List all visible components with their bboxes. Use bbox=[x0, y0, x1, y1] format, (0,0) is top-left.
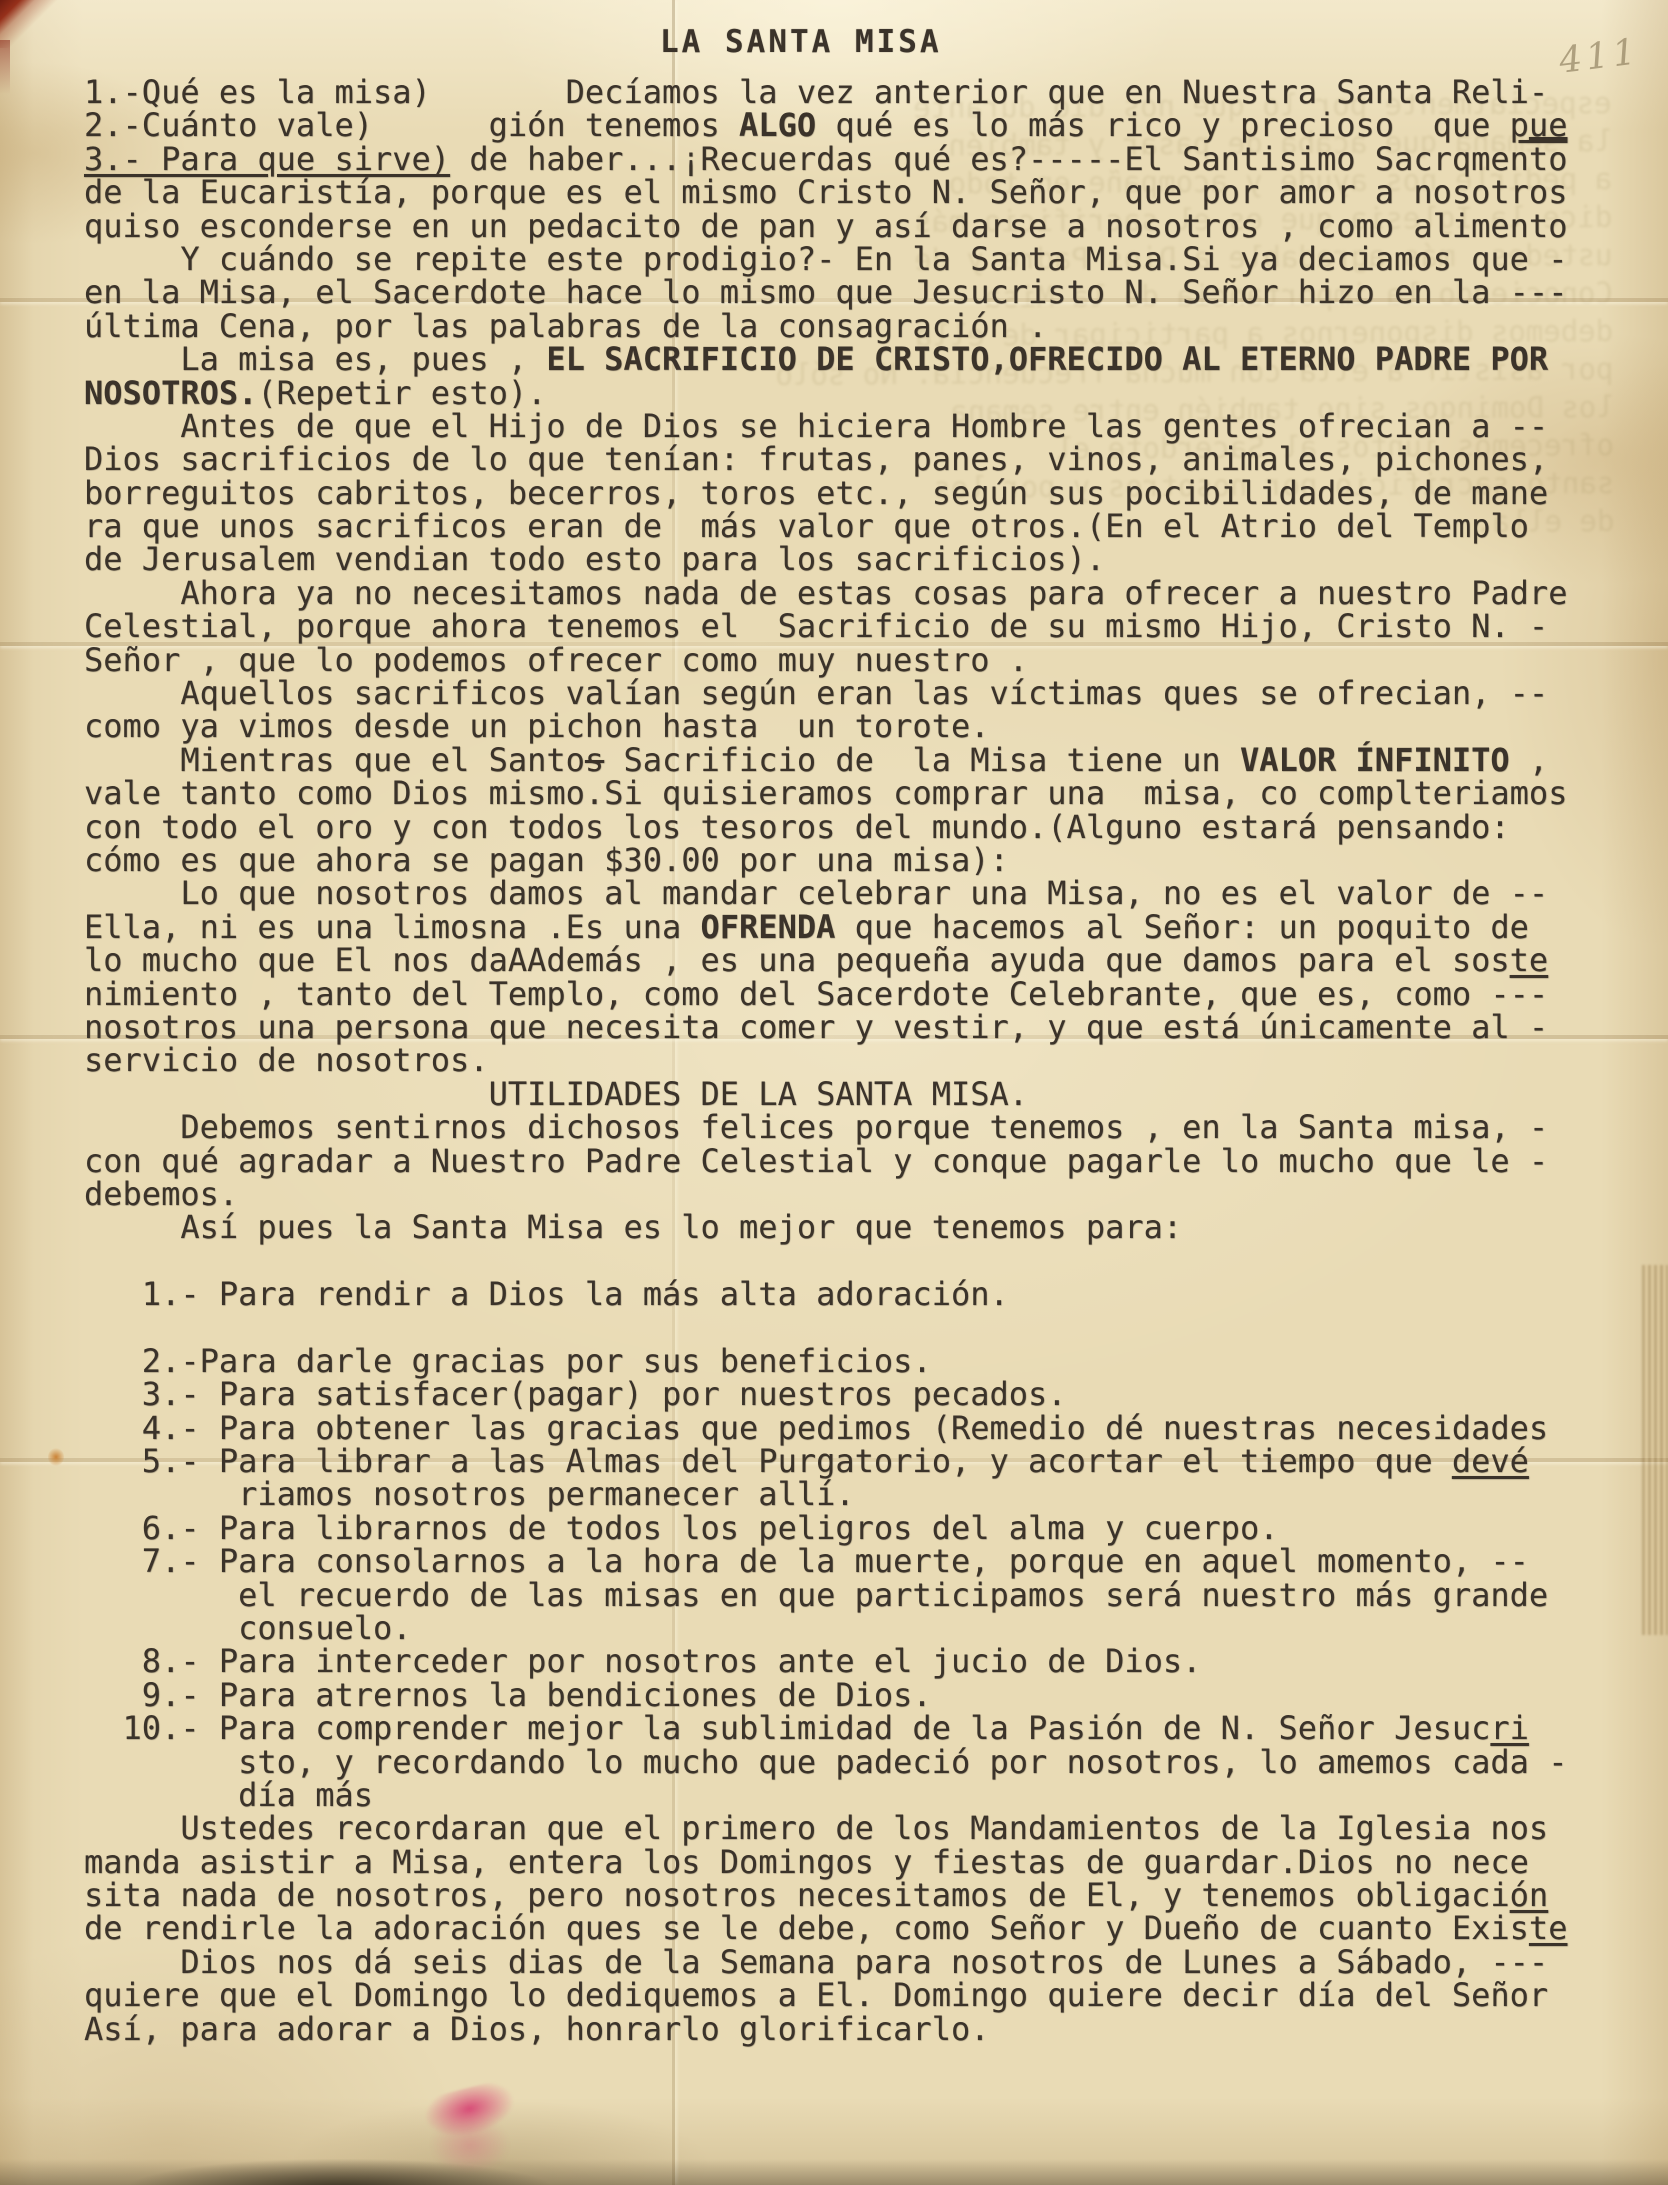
typewritten-line bbox=[84, 1245, 1644, 1278]
typewritten-line: vale tanto como Dios mismo.Si quisieramo… bbox=[84, 777, 1644, 810]
typewritten-line: Aquellos sacrificos valían según eran la… bbox=[84, 677, 1644, 710]
corner-stain bbox=[0, 0, 78, 48]
typewritten-line: 1.- Para rendir a Dios la más alta adora… bbox=[84, 1278, 1644, 1311]
typewritten-line: 7.- Para consolarnos a la hora de la mue… bbox=[84, 1545, 1644, 1578]
typewritten-line: Así pues la Santa Misa es lo mejor que t… bbox=[84, 1211, 1644, 1244]
paper-wrinkle bbox=[1642, 1265, 1668, 1635]
typewritten-line: Mientras que el Santos Sacrificio de la … bbox=[84, 744, 1644, 777]
typewritten-line: Así, para adorar a Dios, honrarlo glorif… bbox=[84, 2013, 1644, 2046]
typewritten-line: 3.- Para satisfacer(pagar) por nuestros … bbox=[84, 1378, 1644, 1411]
typewritten-line: 3.- Para que sirve) de haber...¡Recuerda… bbox=[84, 143, 1644, 176]
typewritten-line: 2.-Cuánto vale) gión tenemos ALGO qué es… bbox=[84, 109, 1644, 142]
typewritten-line: con todo el oro y con todos los tesoros … bbox=[84, 811, 1644, 844]
typewritten-line: cómo es que ahora se pagan $30.00 por un… bbox=[84, 844, 1644, 877]
typewritten-line: Y cuándo se repite este prodigio?- En la… bbox=[84, 243, 1644, 276]
typewritten-line: La misa es, pues , EL SACRIFICIO DE CRIS… bbox=[84, 343, 1644, 376]
typewritten-line: Antes de que el Hijo de Dios se hiciera … bbox=[84, 410, 1644, 443]
typewritten-line: el recuerdo de las misas en que particip… bbox=[84, 1579, 1644, 1612]
typewritten-line: 5.- Para librar a las Almas del Purgator… bbox=[84, 1445, 1644, 1478]
orange-stain-dot bbox=[48, 1448, 64, 1466]
typewritten-line: Dios nos dá seis dias de la Semana para … bbox=[84, 1946, 1644, 1979]
typewritten-line: servicio de nosotros. bbox=[84, 1044, 1644, 1077]
typewritten-line: última Cena, por las palabras de la cons… bbox=[84, 310, 1644, 343]
typewritten-line: debemos. bbox=[84, 1178, 1644, 1211]
typewritten-line: riamos nosotros permanecer allí. bbox=[84, 1478, 1644, 1511]
typewritten-line: Señor , que lo podemos ofrecer como muy … bbox=[84, 644, 1644, 677]
page-title: LA SANTA MISA bbox=[660, 24, 942, 60]
typewritten-line: 1.-Qué es la misa) Decíamos la vez anter… bbox=[84, 76, 1644, 109]
typewritten-line: día más bbox=[84, 1779, 1644, 1812]
typewritten-line: nosotros una persona que necesita comer … bbox=[84, 1011, 1644, 1044]
typewritten-line: borreguitos cabritos, becerros, toros et… bbox=[84, 477, 1644, 510]
typewritten-line: NOSOTROS.(Repetir esto). bbox=[84, 377, 1644, 410]
typewritten-line: en la Misa, el Sacerdote hace lo mismo q… bbox=[84, 276, 1644, 309]
typewritten-line: Ahora ya no necesitamos nada de estas co… bbox=[84, 577, 1644, 610]
typewritten-line: sita nada de nosotros, pero nosotros nec… bbox=[84, 1879, 1644, 1912]
typewritten-line: Lo que nosotros damos al mandar celebrar… bbox=[84, 877, 1644, 910]
typewritten-line: de la Eucaristía, porque es el mismo Cri… bbox=[84, 176, 1644, 209]
typewritten-line: 4.- Para obtener las gracias que pedimos… bbox=[84, 1412, 1644, 1445]
typewritten-line: quiso esconderse en un pedacito de pan y… bbox=[84, 210, 1644, 243]
typewritten-line: de Jerusalem vendian todo esto para los … bbox=[84, 543, 1644, 576]
typewritten-line: Debemos sentirnos dichosos felices porqu… bbox=[84, 1111, 1644, 1144]
document-body: 1.-Qué es la misa) Decíamos la vez anter… bbox=[84, 76, 1644, 2046]
typewritten-line: Ella, ni es una limosna .Es una OFRENDA … bbox=[84, 911, 1644, 944]
typewritten-line: 6.- Para librarnos de todos los peligros… bbox=[84, 1512, 1644, 1545]
typewritten-line: 9.- Para atrernos la bendiciones de Dios… bbox=[84, 1679, 1644, 1712]
typewritten-line: manda asistir a Misa, entera los Domingo… bbox=[84, 1846, 1644, 1879]
typewritten-line bbox=[84, 1311, 1644, 1344]
typewritten-line: Dios sacrificios de lo que tenían: fruta… bbox=[84, 443, 1644, 476]
typewritten-line: UTILIDADES DE LA SANTA MISA. bbox=[84, 1078, 1644, 1111]
typewritten-line: 2.-Para darle gracias por sus beneficios… bbox=[84, 1345, 1644, 1378]
handwritten-page-number: 411 bbox=[1557, 31, 1642, 82]
typewritten-line: consuelo. bbox=[84, 1612, 1644, 1645]
scanned-page: { "page": { "title": "LA SANTA MISA", "h… bbox=[0, 0, 1668, 2185]
typewritten-line: como ya vimos desde un pichon hasta un t… bbox=[84, 710, 1644, 743]
typewritten-line: Celestial, porque ahora tenemos el Sacri… bbox=[84, 610, 1644, 643]
typewritten-line: ra que unos sacrificos eran de más valor… bbox=[84, 510, 1644, 543]
typewritten-line: sto, y recordando lo mucho que padeció p… bbox=[84, 1746, 1644, 1779]
typewritten-line: con qué agradar a Nuestro Padre Celestia… bbox=[84, 1145, 1644, 1178]
typewritten-line: 10.- Para comprender mejor la sublimidad… bbox=[84, 1712, 1644, 1745]
typewritten-line: de rendirle la adoración ques se le debe… bbox=[84, 1912, 1644, 1945]
typewritten-line: 8.- Para interceder por nosotros ante el… bbox=[84, 1645, 1644, 1678]
typewritten-line: quiere que el Domingo lo dediquemos a El… bbox=[84, 1979, 1644, 2012]
bottom-edge-shadow-dark bbox=[130, 2159, 550, 2185]
typewritten-line: nimiento , tanto del Templo, como del Sa… bbox=[84, 978, 1644, 1011]
edge-stain bbox=[0, 40, 10, 100]
typewritten-line: Ustedes recordaran que el primero de los… bbox=[84, 1812, 1644, 1845]
typewritten-line: lo mucho que El nos daAAdemás , es una p… bbox=[84, 944, 1644, 977]
